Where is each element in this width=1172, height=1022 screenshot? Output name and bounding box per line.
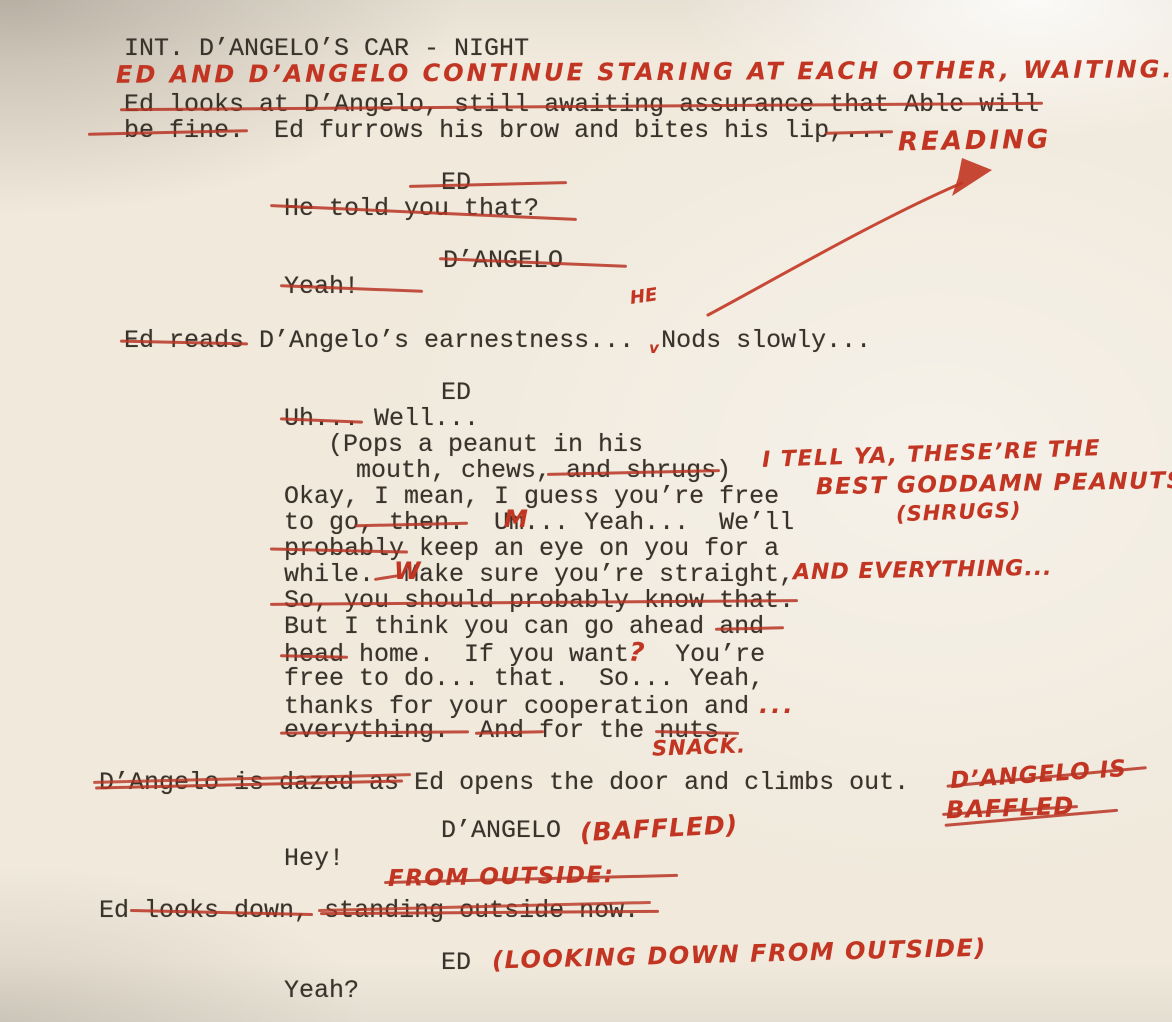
handwritten-note-and-everything: AND EVERYTHING...: [793, 556, 1053, 586]
dialogue-line: Yeah?: [284, 978, 359, 1004]
struck-text: And: [479, 718, 524, 744]
parenthetical-line: (Pops a peanut in his: [328, 432, 643, 458]
character-cue: ED: [441, 950, 471, 976]
dialogue-line: free to do... that. So... Yeah,: [284, 666, 764, 692]
dialogue-text: for the: [524, 716, 659, 745]
action-line: Ed reads D’Angelo’s earnestness... vNods…: [124, 328, 871, 361]
handwritten-note-top: ED AND D’ANGELO CONTINUE STARING AT EACH…: [116, 55, 1172, 89]
struck-text: everything.: [284, 718, 449, 744]
struck-text: and shrugs: [551, 458, 716, 484]
handwritten-note-shrugs: (SHRUGS): [896, 498, 1022, 526]
handwritten-note-peanuts: BEST GODDAMN PEANUTS: [816, 468, 1172, 500]
struck-text: Ed looks at D’Angelo, still awaiting ass…: [124, 92, 1039, 118]
dialogue-text: keep an eye on you for a: [404, 534, 779, 563]
action-text: D’Angelo’s earnestness...: [244, 326, 649, 355]
action-line: Ed looks at D’Angelo, still awaiting ass…: [124, 92, 1039, 118]
struck-text: He told you that?: [284, 196, 539, 222]
dialogue-line: Uh... Well...: [284, 406, 479, 432]
struck-text: ,...: [829, 118, 889, 144]
character-cue: ED: [441, 170, 471, 196]
handwritten-note-baffled-cut: BAFFLED: [946, 792, 1075, 824]
character-cue: ED: [441, 380, 471, 406]
struck-text: Ed reads: [124, 328, 244, 354]
handwritten-note-from-outside: FROM OUTSIDE:: [388, 862, 615, 892]
script-page: INT. D’ANGELO’S CAR - NIGHT Ed looks at …: [0, 0, 1172, 1022]
struck-text: and: [719, 614, 764, 640]
handwritten-m-overlay: M: [504, 505, 528, 533]
dialogue-line: Okay, I mean, I guess you’re free: [284, 484, 779, 510]
character-cue: D’ANGELO: [443, 248, 563, 274]
handwritten-note-baffled: (BAFFLED): [579, 810, 738, 847]
struck-text: Yeah!: [284, 274, 359, 300]
dialogue-line: Yeah!: [284, 274, 359, 300]
handwritten-note-looking-down: (LOOKING DOWN FROM OUTSIDE): [492, 934, 987, 975]
struck-text: standing outside now.: [324, 898, 639, 924]
struck-handwriting: BAFFLED: [946, 792, 1075, 824]
struck-text: looks down,: [144, 898, 309, 924]
action-text: Ed opens the door and climbs out.: [399, 768, 909, 797]
dialogue-line: Hey!: [284, 846, 344, 872]
handwritten-note-snack: SNACK.: [652, 733, 747, 760]
question-mark-annotation: ?: [628, 639, 646, 666]
dialogue-line: He told you that?: [284, 196, 539, 222]
struck-text: probably: [284, 536, 404, 562]
action-line: D’Angelo is dazed as Ed opens the door a…: [99, 770, 909, 796]
parenthetical-text: mouth, chews,: [356, 456, 551, 485]
dialogue-text: But I think you can go ahead: [284, 612, 719, 641]
dialogue-line: while. Make sure you’re straight,: [284, 562, 794, 588]
arrow-annotation: [690, 150, 1020, 330]
struck-text: , then.: [359, 510, 464, 536]
ellipsis-annotation: ...: [759, 691, 795, 719]
dialogue-line: to go, then. Um... Yeah... We’ll: [284, 510, 794, 536]
struck-handwriting: FROM OUTSIDE:: [388, 862, 615, 892]
dialogue-line: probably keep an eye on you for a: [284, 536, 779, 562]
handwritten-note-tellya: I TELL YA, THESE’RE THE: [762, 436, 1102, 473]
handwritten-note-he: HE: [629, 284, 659, 309]
struck-text: ED: [441, 170, 471, 196]
handwritten-w-overlay: W: [394, 557, 420, 585]
action-text: Nods slowly...: [661, 326, 871, 355]
dialogue-line: But I think you can go ahead and: [284, 614, 764, 640]
struck-text: be fine.: [124, 118, 244, 144]
character-cue: D’ANGELO: [441, 818, 561, 844]
action-line: be fine. Ed furrows his brow and bites h…: [124, 118, 889, 144]
dialogue-text: Make sure you’re straight,: [374, 560, 794, 589]
handwritten-note-dangelo-is: D’ANGELO IS: [949, 756, 1127, 794]
struck-text: D’Angelo is dazed as: [99, 770, 399, 796]
action-line: Ed looks down, standing outside now.: [99, 898, 639, 924]
dialogue-text: Well...: [359, 404, 479, 433]
struck-handwriting: D’ANGELO IS: [949, 756, 1127, 794]
struck-text: So, you should probably know that.: [284, 588, 794, 614]
struck-text: D’ANGELO: [443, 248, 563, 274]
parenthetical-line: mouth, chews, and shrugs): [356, 458, 731, 484]
dialogue-text: while.: [284, 560, 374, 589]
dialogue-text: to go: [284, 508, 359, 537]
caret-mark: v: [649, 335, 661, 361]
dialogue-line: So, you should probably know that.: [284, 588, 794, 614]
struck-text: Uh...: [284, 406, 359, 432]
action-text: Ed furrows his brow and bites his lip: [244, 116, 829, 145]
